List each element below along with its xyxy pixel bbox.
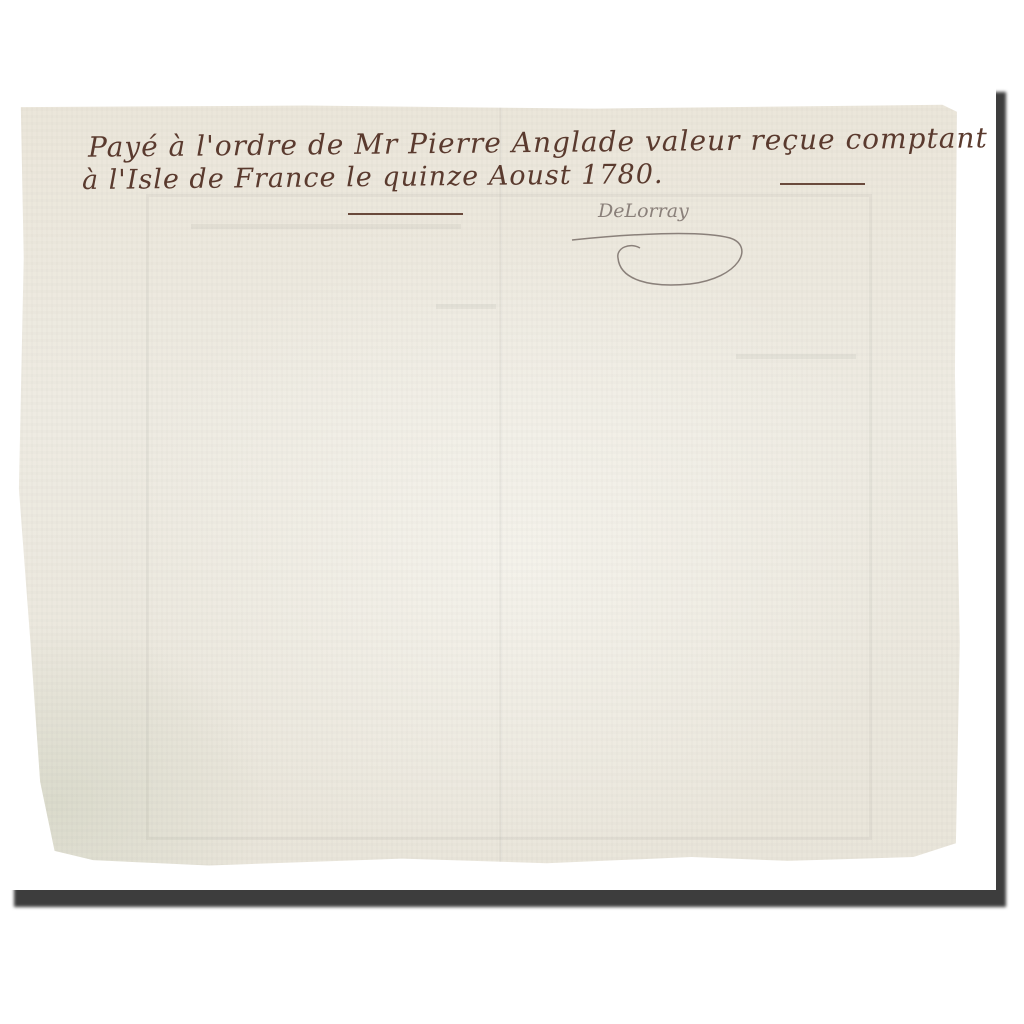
show-through-print-border: [146, 194, 872, 840]
show-through-line: [191, 224, 461, 229]
center-fold: [499, 104, 502, 874]
signature: DeLorray: [598, 200, 689, 222]
endorsement-line-2: à l'Isle de France le quinze Aoust 1780.: [82, 159, 664, 196]
ink-dash: [780, 183, 865, 185]
paper-document: [16, 104, 981, 874]
show-through-line: [736, 354, 856, 359]
ink-underline: [348, 213, 463, 215]
signature-flourish-icon: [570, 228, 750, 288]
show-through-line: [436, 304, 496, 309]
